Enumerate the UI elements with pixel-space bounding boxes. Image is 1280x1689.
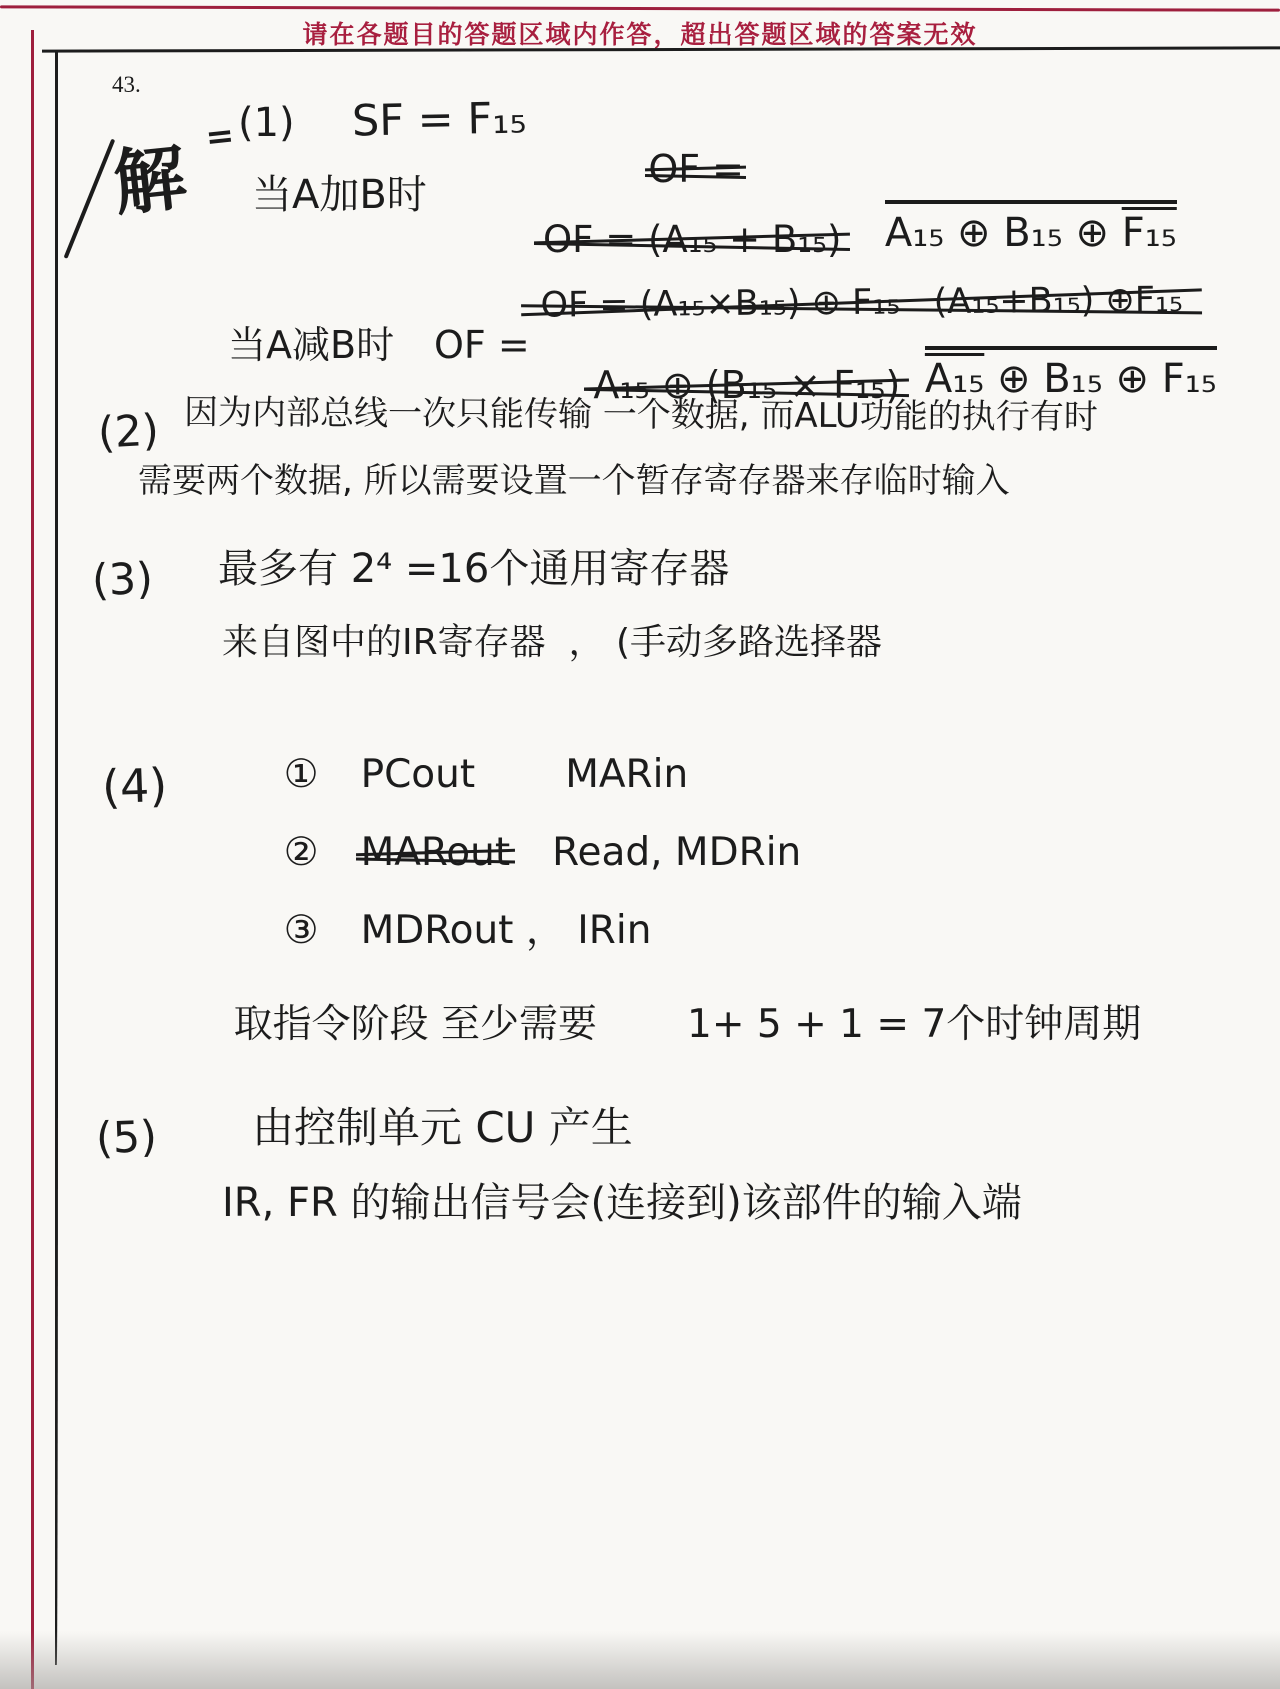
fetch-summary-formula: 1+ 5 + 1 = 7个时钟周期 — [687, 1002, 1141, 1047]
solution-slash-stroke — [64, 139, 116, 259]
part1-label: (1) — [238, 100, 295, 146]
step3-signal: MDRout ， — [361, 908, 565, 953]
part3-label: (3) — [91, 555, 154, 607]
top-border-line — [0, 5, 1280, 11]
step3-number: ③ — [284, 909, 319, 954]
sub-answer-head: A₁₅ — [925, 356, 984, 402]
part5-line1: 由控制单元 CU 产生 — [252, 1104, 633, 1152]
bottom-scan-shade — [0, 1631, 1280, 1689]
fetch-summary-prefix: 取指令阶段 至少需要 — [234, 1002, 597, 1047]
part4-label: (4) — [101, 759, 168, 814]
step3-signal2: IRin — [577, 908, 651, 953]
solution-marker-char: 解 — [108, 119, 190, 230]
sf-formula: SF = F₁₅ — [352, 94, 527, 146]
fetch-summary: 取指令阶段 至少需要1+ 5 + 1 = 7个时钟周期 — [184, 958, 1141, 1093]
sub-case-answer-barred: A₁₅ ⊕ B₁₅ ⊕ F₁₅ — [925, 346, 1217, 402]
sub-answer-tail: ⊕ B₁₅ ⊕ F₁₅ — [984, 356, 1216, 402]
left-red-margin-line — [31, 30, 34, 1689]
part3-line1: 最多有 2⁴ =16个通用寄存器 — [218, 546, 729, 592]
sub-case-of-label: OF = — [434, 324, 530, 368]
step2-signal2: MDRin — [675, 830, 801, 875]
solution-marker: 解 = — [86, 108, 259, 254]
part5-label: (5) — [95, 1113, 158, 1165]
part2-line2: 需要两个数据, 所以需要设置一个暂存寄存器来存临时输入 — [138, 462, 1010, 501]
header-notice: 请在各题目的答题区域内作答，超出答题区域的答案无效 — [0, 15, 1280, 51]
part3-line2: 来自图中的IR寄存器 ， (手动多路选择器 — [222, 622, 882, 663]
sub-case-prefix: 当A减B时 — [228, 324, 394, 368]
answer-sheet-page: 请在各题目的答题区域内作答，超出答题区域的答案无效 43. 解 = (1) SF… — [0, 0, 1280, 1689]
part5-line2: IR, FR 的输出信号会(连接到)该部件的输入端 — [222, 1180, 1022, 1226]
add-case-prefix: 当A加B时 — [252, 172, 427, 218]
left-black-margin-line — [55, 50, 58, 1665]
question-number: 43. — [112, 72, 141, 98]
solution-equals: = — [204, 115, 237, 158]
part2-line1: 因为内部总线一次只能传输 一个数据, 而ALU功能的执行有时 — [184, 394, 1098, 438]
part2-label: (2) — [97, 406, 160, 459]
